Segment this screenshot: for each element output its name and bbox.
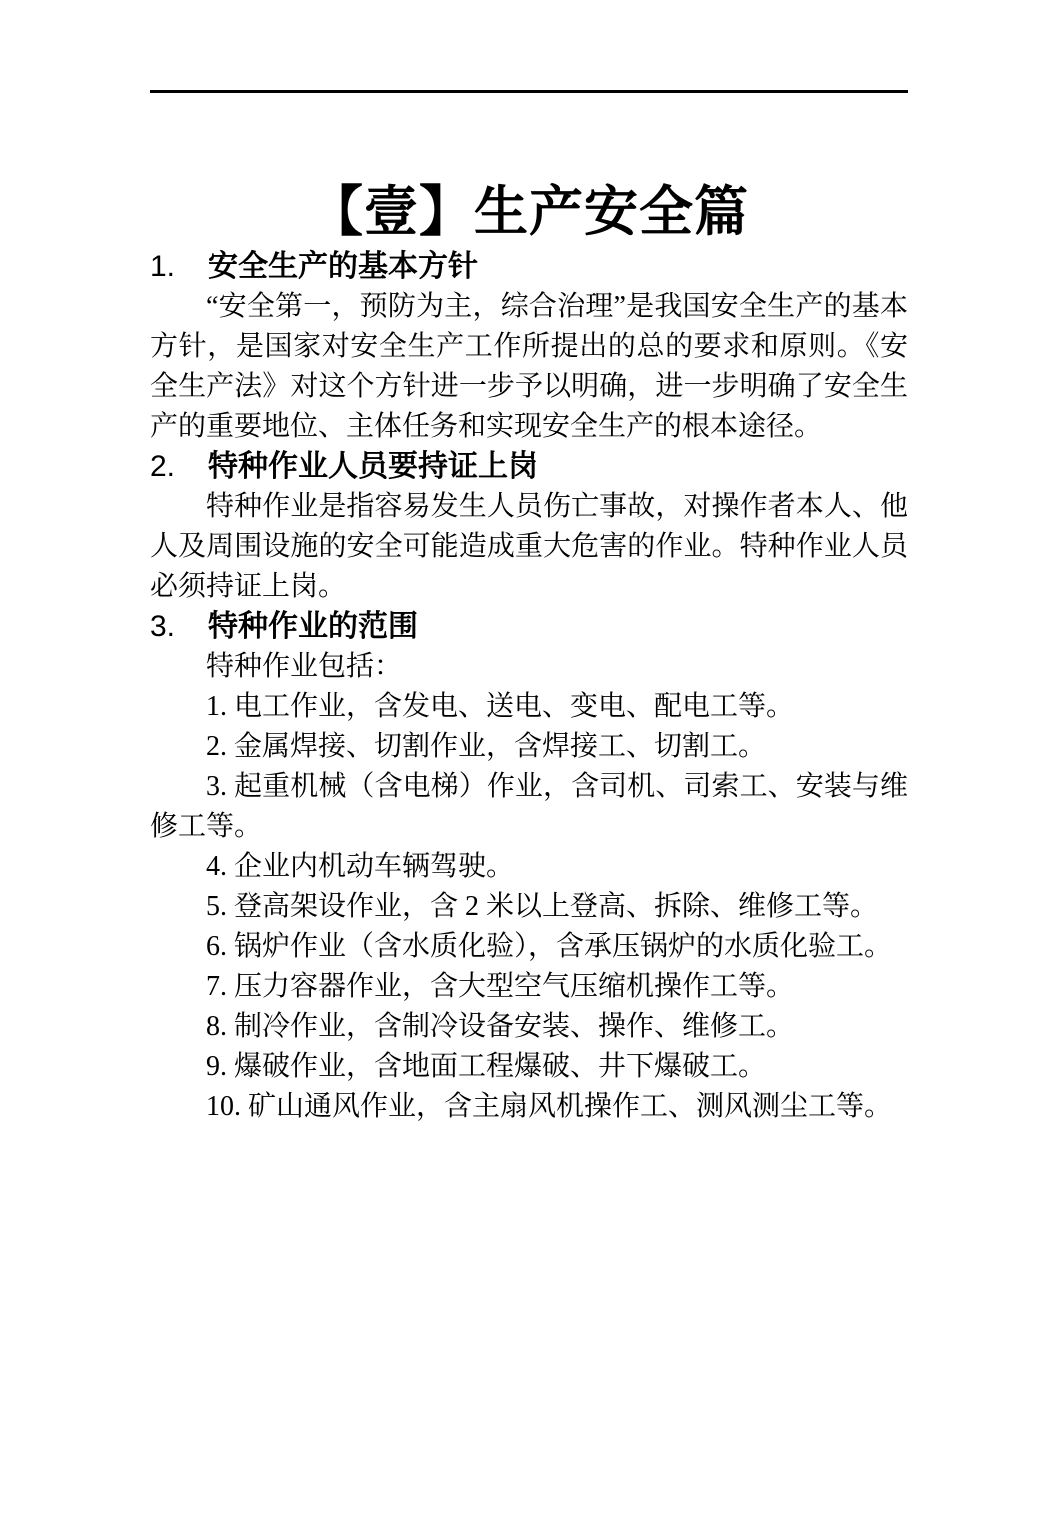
section-3-intro: 特种作业包括： xyxy=(150,647,908,687)
list-item-6: 6. 锅炉作业（含水质化验），含承压锅炉的水质化验工。 xyxy=(150,927,908,967)
section-3-number: 3. xyxy=(150,607,208,647)
document-title: 【壹】生产安全篇 xyxy=(150,177,908,247)
section-3-heading: 3.特种作业的范围 xyxy=(150,607,908,647)
list-item-1: 1. 电工作业，含发电、送电、变电、配电工等。 xyxy=(150,687,908,727)
list-item-5: 5. 登高架设作业，含 2 米以上登高、拆除、维修工等。 xyxy=(150,887,908,927)
list-item-3: 3. 起重机械（含电梯）作业，含司机、司索工、安装与维修工等。 xyxy=(150,767,908,847)
section-2-number: 2. xyxy=(150,447,208,487)
header-rule xyxy=(150,90,908,93)
list-item-4: 4. 企业内机动车辆驾驶。 xyxy=(150,847,908,887)
section-2-heading-text: 特种作业人员要持证上岗 xyxy=(208,450,538,483)
section-2-paragraph: 特种作业是指容易发生人员伤亡事故，对操作者本人、他人及周围设施的安全可能造成重大… xyxy=(150,487,908,607)
list-item-10: 10. 矿山通风作业，含主扇风机操作工、测风测尘工等。 xyxy=(150,1087,908,1127)
section-3-heading-text: 特种作业的范围 xyxy=(208,610,418,643)
list-item-8: 8. 制冷作业，含制冷设备安装、操作、维修工。 xyxy=(150,1007,908,1047)
document-page: 【壹】生产安全篇 1.安全生产的基本方针 “安全第一，预防为主，综合治理”是我国… xyxy=(0,0,1058,1534)
section-1-heading: 1.安全生产的基本方针 xyxy=(150,247,908,287)
section-2-heading: 2.特种作业人员要持证上岗 xyxy=(150,447,908,487)
list-item-7: 7. 压力容器作业，含大型空气压缩机操作工等。 xyxy=(150,967,908,1007)
section-1-paragraph: “安全第一，预防为主，综合治理”是我国安全生产的基本方针，是国家对安全生产工作所… xyxy=(150,287,908,447)
list-item-9: 9. 爆破作业，含地面工程爆破、井下爆破工。 xyxy=(150,1047,908,1087)
list-item-2: 2. 金属焊接、切割作业，含焊接工、切割工。 xyxy=(150,727,908,767)
section-1-heading-text: 安全生产的基本方针 xyxy=(208,250,478,283)
section-1-number: 1. xyxy=(150,247,208,287)
